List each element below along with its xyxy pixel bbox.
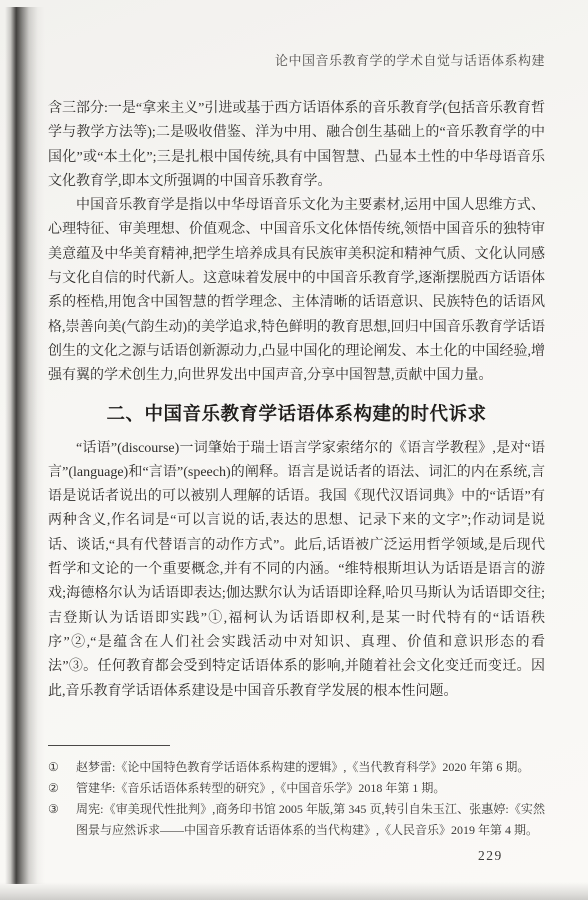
- paragraph-discourse: “话语”(discourse)一词肇始于瑞士语言学家索绪尔的《语言学教程》,是对…: [48, 437, 545, 704]
- scanned-book-page: 论中国音乐教育学的学术自觉与话语体系构建 含三部分:一是“拿来主义”引进或基于西…: [0, 0, 588, 900]
- page-body: 含三部分:一是“拿来主义”引进或基于西方话语体系的音乐教育学(包括音乐教育哲学与…: [48, 97, 545, 749]
- footnote-3: ③ 周宪:《审美现代性批判》,商务印书馆 2005 年版,第 345 页,转引自…: [48, 799, 545, 841]
- footnote-separator-rule: [48, 745, 170, 746]
- paragraph-continuation: 含三部分:一是“拿来主义”引进或基于西方话语体系的音乐教育学(包括音乐教育哲学与…: [48, 97, 545, 194]
- footnote-2-text: 管建华:《音乐话语体系转型的研究》,《中国音乐学》2018 年第 1 期。: [76, 778, 545, 799]
- page-number: 229: [478, 848, 503, 864]
- footnote-2: ② 管建华:《音乐话语体系转型的研究》,《中国音乐学》2018 年第 1 期。: [48, 778, 545, 799]
- footnote-1-marker: ①: [48, 757, 76, 778]
- running-head: 论中国音乐教育学的学术自觉与话语体系构建: [275, 50, 545, 69]
- page-bottom-edge-shadow: [0, 882, 588, 900]
- paragraph-definition: 中国音乐教育学是指以中华母语音乐文化为主要素材,运用中国人思维方式、心理特征、审…: [48, 194, 545, 388]
- footnote-2-marker: ②: [48, 778, 76, 799]
- footnote-3-marker: ③: [48, 799, 76, 841]
- footnote-area: ① 赵梦雷:《论中国特色教育学话语体系构建的逻辑》,《当代教育科学》2020 年…: [48, 745, 545, 841]
- footnote-3-text: 周宪:《审美现代性批判》,商务印书馆 2005 年版,第 345 页,转引自朱玉…: [76, 799, 545, 841]
- footnote-1-text: 赵梦雷:《论中国特色教育学话语体系构建的逻辑》,《当代教育科学》2020 年第 …: [76, 757, 545, 778]
- footnote-1: ① 赵梦雷:《论中国特色教育学话语体系构建的逻辑》,《当代教育科学》2020 年…: [48, 757, 545, 778]
- section-heading: 二、中国音乐教育学话语体系构建的时代诉求: [48, 401, 545, 427]
- book-binding-shadow: [5, 7, 45, 884]
